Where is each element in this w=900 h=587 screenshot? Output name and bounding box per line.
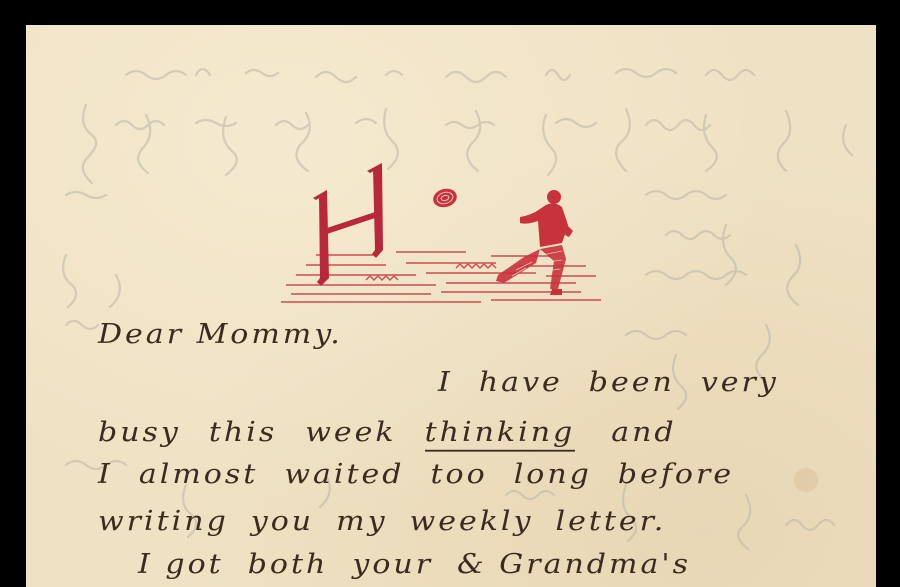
letter-line-4: writingyoumyweeklyletter.: [98, 506, 666, 538]
letter-line-3: Ialmostwaitedtoolongbefore: [98, 459, 734, 491]
word: and: [611, 417, 676, 449]
word: before: [618, 459, 734, 491]
letter-line-1: Ihavebeenvery: [438, 367, 779, 399]
underlined-word: thinking: [425, 417, 576, 452]
football-icon: [431, 186, 459, 210]
word: waited: [284, 459, 404, 491]
word: I: [438, 367, 453, 399]
letter-line-5: I gotbothyour& Grandma's: [138, 549, 691, 581]
word: your: [352, 549, 433, 581]
word: too: [431, 459, 488, 491]
word: weekly: [410, 506, 534, 538]
word: my: [336, 506, 387, 538]
word: week: [305, 417, 396, 449]
word: been: [589, 367, 675, 399]
word: & Grandma's: [457, 549, 691, 581]
word: long: [514, 459, 592, 491]
word: this: [209, 417, 277, 449]
letter-paper: Dear Mommy. Ihavebeenvery busythisweekth…: [26, 25, 876, 587]
word: very: [701, 367, 779, 399]
word: almost: [139, 459, 258, 491]
word: busy: [98, 417, 181, 449]
word: letter.: [555, 506, 666, 538]
word: you: [251, 506, 314, 538]
letter-line-2: busythisweekthinkingand: [98, 417, 677, 449]
word: writing: [98, 506, 229, 538]
salutation: Dear Mommy.: [98, 319, 343, 351]
word: I got: [138, 549, 224, 581]
word: I: [98, 459, 113, 491]
football-player-icon: [496, 190, 573, 295]
word: both: [248, 549, 329, 581]
word: have: [479, 367, 563, 399]
football-letterhead-vignette: [276, 160, 616, 310]
goal-post-h-icon: [313, 163, 383, 286]
